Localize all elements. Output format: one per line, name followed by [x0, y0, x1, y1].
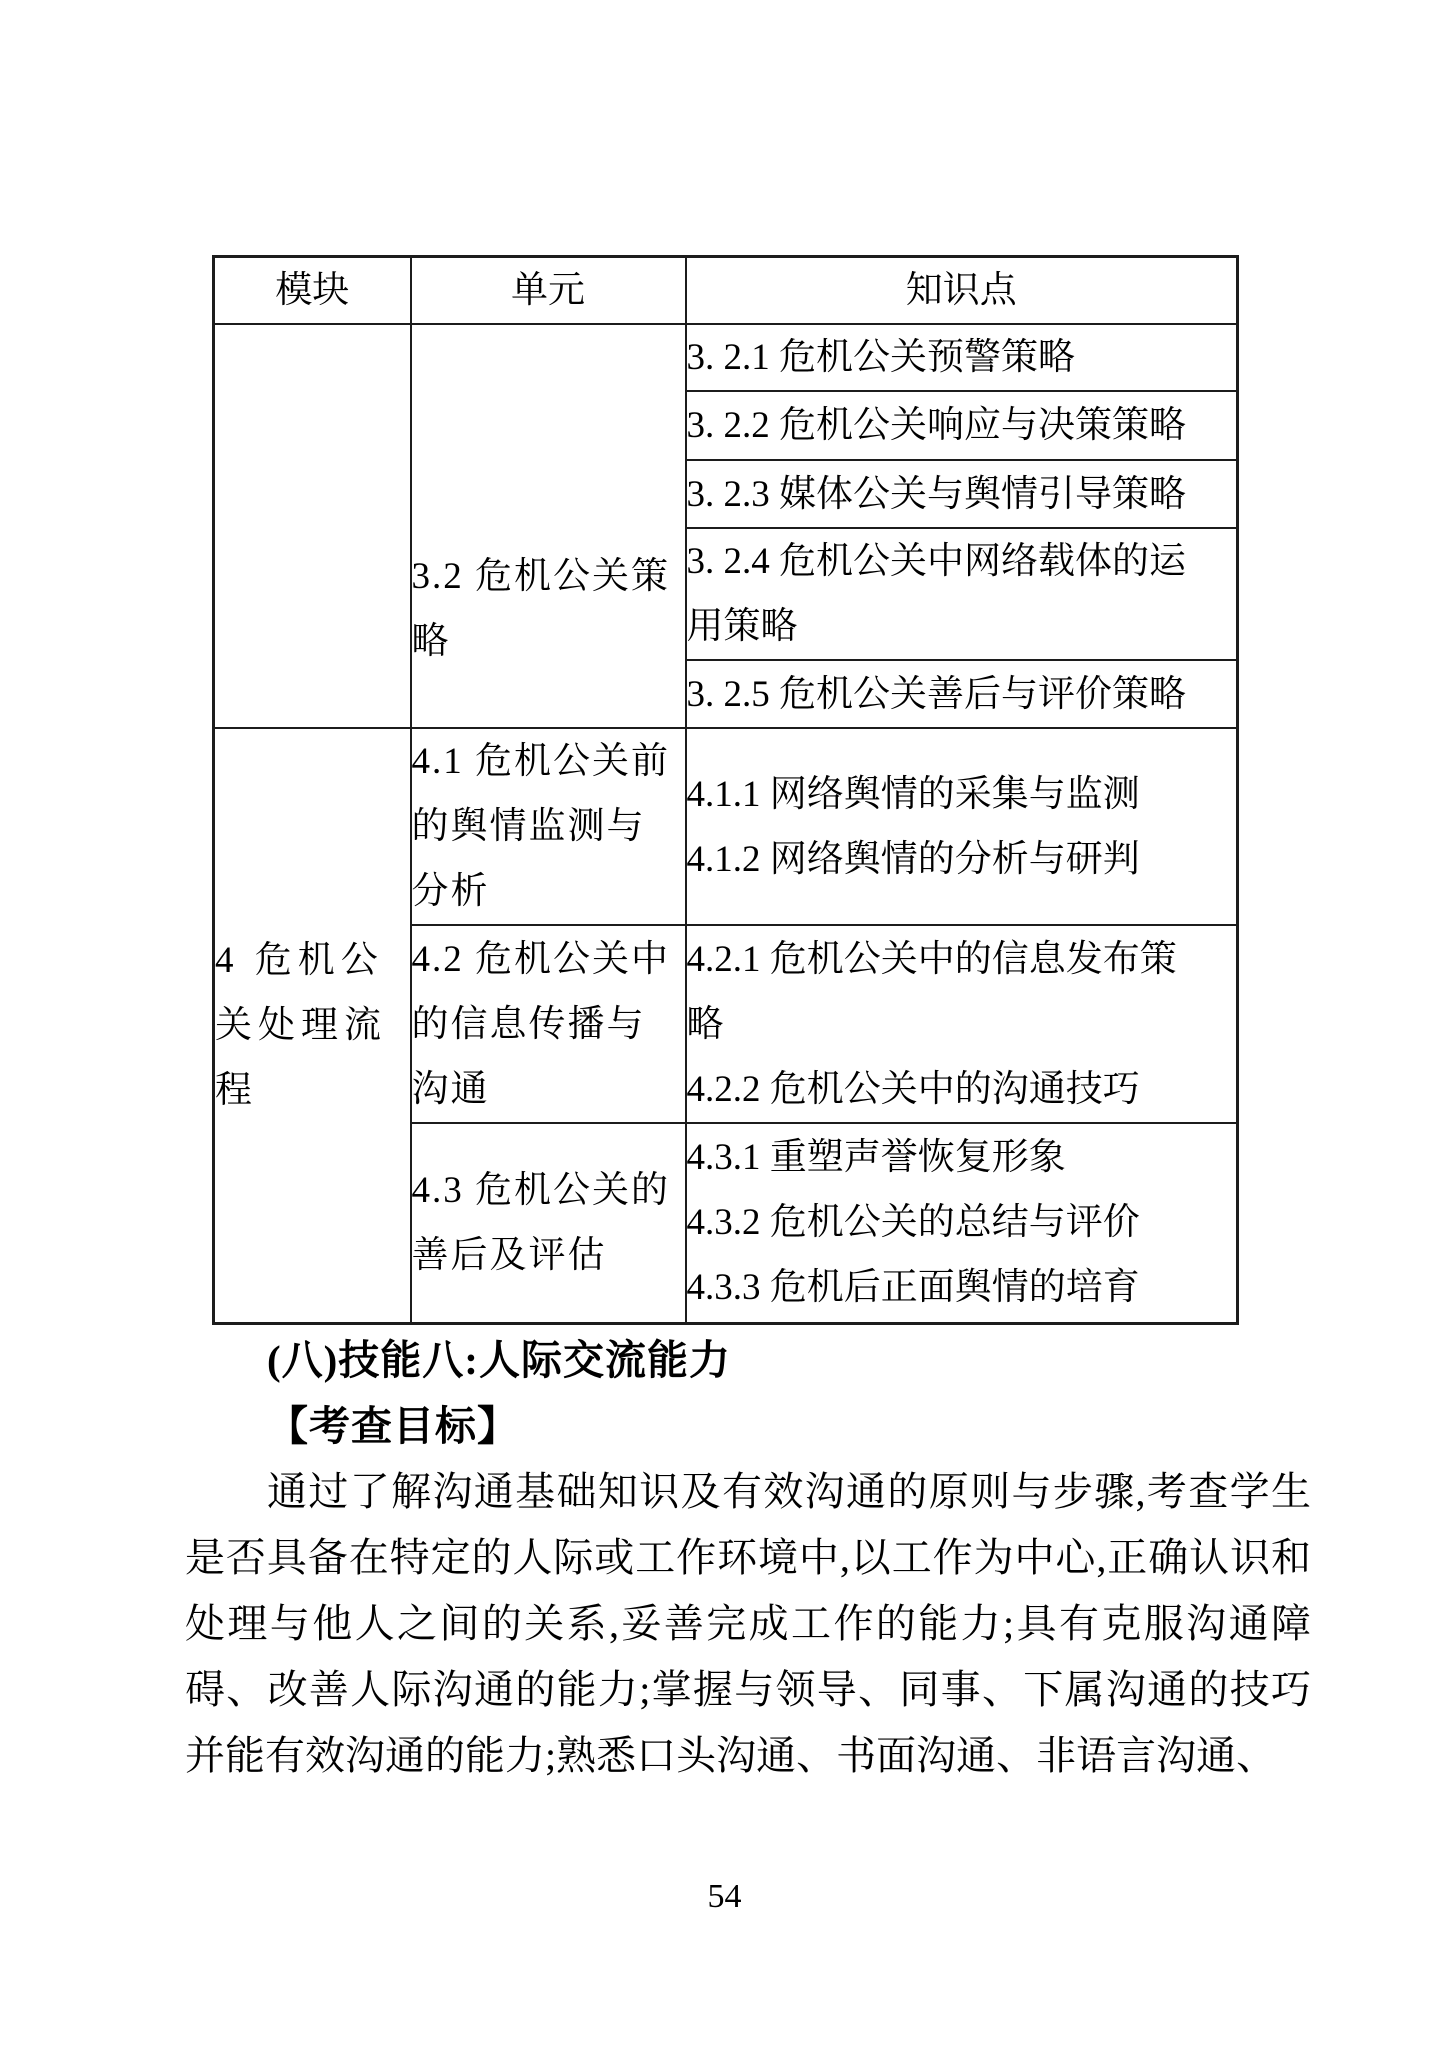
table-header-unit: 单元 [411, 257, 686, 325]
table-header-knowledge: 知识点 [686, 257, 1238, 325]
unit-cell-4-3: 4.3 危机公关的 善后及评估 [411, 1123, 686, 1323]
module-cell-4: 4 危机公 关处理流 程 [214, 728, 411, 1323]
knowledge-cell-4-2: 4.2.1 危机公关中的信息发布策 略 4.2.2 危机公关中的沟通技巧 [686, 925, 1238, 1123]
curriculum-table: 模块 单元 知识点 3.2 危机公关策 略 3. 2.1 危机公关预警策略 3.… [212, 255, 1239, 1325]
knowledge-cell-3-2-3: 3. 2.3 媒体公关与舆情引导策略 [686, 460, 1238, 528]
knowledge-cell-3-2-2: 3. 2.2 危机公关响应与决策策略 [686, 391, 1238, 460]
page-number: 54 [0, 1878, 1449, 1916]
knowledge-cell-3-2-4: 3. 2.4 危机公关中网络载体的运 用策略 [686, 528, 1238, 660]
body-text-block: (八)技能八:人际交流能力 【考查目标】 通过了解沟通基础知识及有效沟通的原则与… [185, 1327, 1311, 1789]
table-header-module: 模块 [214, 257, 411, 325]
exam-objective-heading: 【考查目标】 [185, 1393, 1311, 1459]
unit-cell-4-1: 4.1 危机公关前 的舆情监测与 分析 [411, 728, 686, 925]
section-heading: (八)技能八:人际交流能力 [185, 1327, 1311, 1393]
module-cell-3 [214, 324, 411, 728]
table-header-row: 模块 单元 知识点 [214, 257, 1238, 325]
knowledge-cell-3-2-5: 3. 2.5 危机公关善后与评价策略 [686, 660, 1238, 728]
knowledge-cell-3-2-1: 3. 2.1 危机公关预警策略 [686, 324, 1238, 391]
unit-cell-4-2: 4.2 危机公关中 的信息传播与 沟通 [411, 925, 686, 1123]
knowledge-cell-4-3: 4.3.1 重塑声誉恢复形象 4.3.2 危机公关的总结与评价 4.3.3 危机… [686, 1123, 1238, 1323]
document-page: 模块 单元 知识点 3.2 危机公关策 略 3. 2.1 危机公关预警策略 3.… [0, 0, 1449, 2048]
curriculum-table-wrap: 模块 单元 知识点 3.2 危机公关策 略 3. 2.1 危机公关预警策略 3.… [212, 255, 1239, 1325]
body-paragraph: 通过了解沟通基础知识及有效沟通的原则与步骤,考查学生是否具备在特定的人际或工作环… [185, 1459, 1311, 1789]
table-row: 3.2 危机公关策 略 3. 2.1 危机公关预警策略 [214, 324, 1238, 391]
knowledge-cell-4-1: 4.1.1 网络舆情的采集与监测 4.1.2 网络舆情的分析与研判 [686, 728, 1238, 925]
unit-cell-3-2: 3.2 危机公关策 略 [411, 324, 686, 728]
table-row: 4 危机公 关处理流 程 4.1 危机公关前 的舆情监测与 分析 4.1.1 网… [214, 728, 1238, 925]
